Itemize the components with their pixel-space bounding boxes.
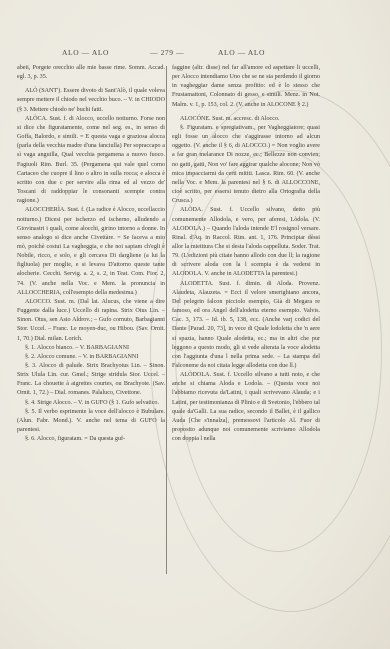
right-running-head: ALO — ALO	[218, 48, 265, 57]
entry-alodetta: ALODETTA. Sust. f. dimin. di Aloda. Prov…	[172, 280, 320, 372]
entry-alocone-sub: §. Figuratam. e spregiativam., per Vaghe…	[172, 124, 320, 206]
entry-alocco: ALOCCO. Sust. m. (Dal lat. Alucus, che v…	[17, 298, 165, 344]
entry-alocco-sub-5: §. 5. Il verbo esprimente la voce dell'a…	[17, 408, 165, 435]
column-divider	[166, 66, 167, 574]
entry-alocco-sub-1: §. 1. Alocco bianco. – V. BARBAGIANNI	[17, 344, 165, 353]
page-number: — 279 —	[150, 48, 184, 57]
entry-alo-sant: ALÒ (SANT'). Essere divoto di Sant'Alò, …	[17, 87, 165, 114]
running-header: ALO — ALO — 279 — ALO — ALO	[0, 48, 390, 60]
entry-alocco-sub-4: §. 4. Strige Alocco. – V. in GUFO (§ 1. …	[17, 399, 165, 408]
entry-alocco-sub-3: §. 3. Alocco di palude. Strix Brachyotus…	[17, 362, 165, 399]
right-column: faggine (altr. disse) nel far all'amore …	[172, 64, 320, 444]
dictionary-page: ALO — ALO — 279 — ALO — ALO abeti, Porge…	[0, 0, 390, 649]
entry-aloca: ALÒCA. Sust. f. di Alocco, uccello nottu…	[17, 115, 165, 207]
entry-alodola: ALÒDOLA. Sust. f. Uccello silvano a tutt…	[172, 371, 320, 444]
entry-aloccheria: ALOCCHERÌA. Sust. f. (La radice è Alocco…	[17, 206, 165, 298]
left-column: abeti, Porgete orecchio alle mie basse r…	[17, 64, 165, 444]
entry-alocone: ALOCÓNE. Sust. m. accresc. di Alocco.	[172, 115, 320, 124]
entry-alocco-sub-6: §. 6. Alocco, figuratam. = Da questa guf…	[17, 435, 165, 444]
entry-continuation: abeti, Porgete orecchio alle mie basse r…	[17, 64, 165, 82]
entry-continuation-right: faggine (altr. disse) nel far all'amore …	[172, 64, 320, 110]
entry-aloda: ALÒDA. Sust. f. Uccello silvano, detto p…	[172, 206, 320, 279]
left-running-head: ALO — ALO	[62, 48, 109, 57]
entry-alocco-sub-2: §. 2. Alocco comune. – V. in BARBAGIANNI	[17, 353, 165, 362]
